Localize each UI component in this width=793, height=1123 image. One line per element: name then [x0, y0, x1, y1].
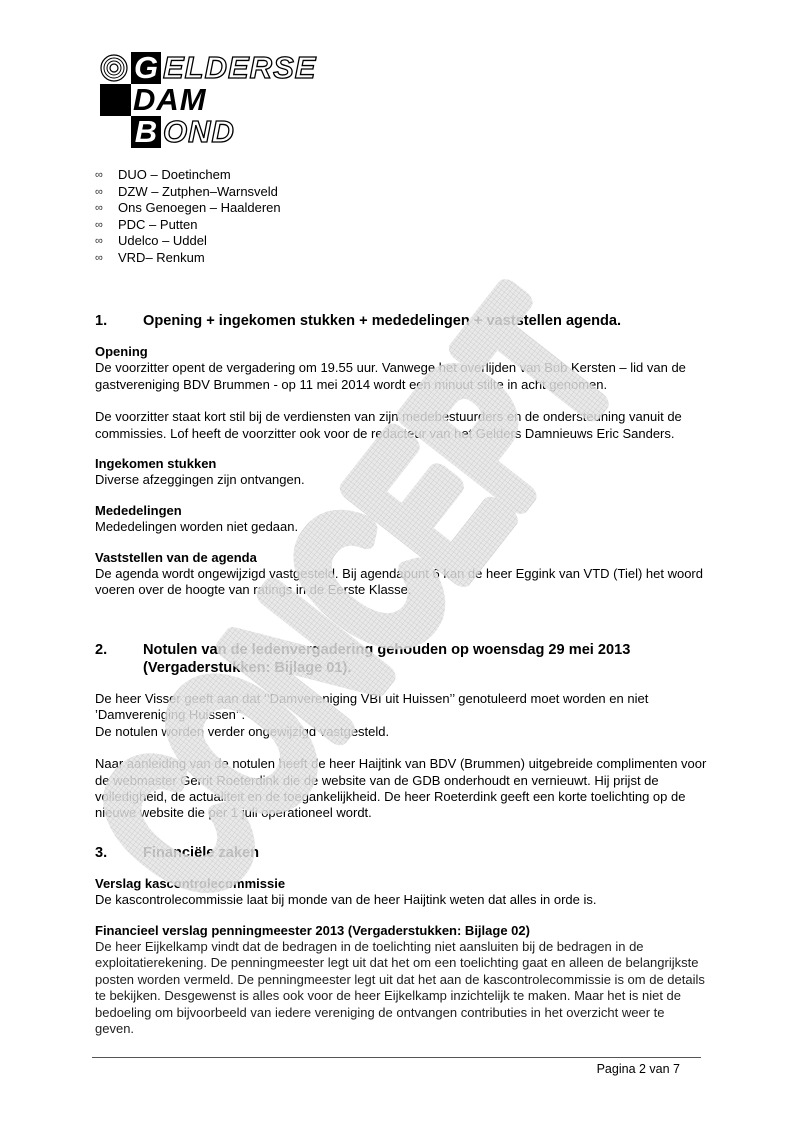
- subheading-mededelingen: Mededelingen: [95, 503, 707, 519]
- paragraph: De notulen worden verder ongewijzigd vas…: [95, 724, 707, 740]
- subheading-ingekomen-stukken: Ingekomen stukken: [95, 456, 707, 472]
- footer-divider: [92, 1057, 701, 1058]
- section-3-heading: 3. Financiële zaken: [95, 844, 707, 862]
- logo-word-ond: OND: [163, 116, 235, 148]
- paragraph: De heer Eijkelkamp vindt dat de bedragen…: [95, 939, 707, 1037]
- paragraph: Diverse afzeggingen zijn ontvangen.: [95, 472, 707, 488]
- infinity-bullet-icon: ∞: [95, 233, 103, 250]
- infinity-bullet-icon: ∞: [95, 250, 103, 267]
- subheading-opening: Opening: [95, 344, 707, 360]
- document-page: G ELDERSE DAM B OND ∞DUO – Doetinchem ∞D…: [0, 0, 793, 1123]
- list-item: ∞Udelco – Uddel: [95, 233, 281, 250]
- infinity-bullet-icon: ∞: [95, 167, 103, 184]
- logo-black-square: [100, 84, 131, 116]
- list-item: ∞DZW – Zutphen–Warnsveld: [95, 184, 281, 201]
- subheading-financieel-verslag: Financieel verslag penningmeester 2013 (…: [95, 923, 707, 939]
- infinity-bullet-icon: ∞: [95, 200, 103, 217]
- paragraph: De voorzitter staat kort stil bij de ver…: [95, 409, 707, 442]
- subheading-verslag-kascontrolecommissie: Verslag kascontrolecommissie: [95, 876, 707, 892]
- list-item: ∞VRD– Renkum: [95, 250, 281, 267]
- logo-letter-b: B: [131, 116, 161, 148]
- infinity-bullet-icon: ∞: [95, 217, 103, 234]
- target-circles-icon: [100, 54, 128, 82]
- paragraph: De agenda wordt ongewijzigd vastgesteld.…: [95, 566, 707, 599]
- logo-letter-g: G: [131, 52, 161, 84]
- subheading-vaststellen-agenda: Vaststellen van de agenda: [95, 550, 707, 566]
- section-1-heading: 1. Opening + ingekomen stukken + mededel…: [95, 312, 707, 330]
- paragraph: De heer Visser geeft aan dat ‘’Damvereni…: [95, 691, 707, 724]
- section-2-heading: 2. Notulen van de ledenvergadering gehou…: [95, 641, 707, 677]
- paragraph: De voorzitter opent de vergadering om 19…: [95, 360, 707, 393]
- paragraph: Naar aanleiding van de notulen heeft de …: [95, 756, 707, 822]
- infinity-bullet-icon: ∞: [95, 184, 103, 201]
- minutes-body: 1. Opening + ingekomen stukken + mededel…: [95, 312, 707, 1037]
- list-item: ∞Ons Genoegen – Haalderen: [95, 200, 281, 217]
- paragraph: De kascontrolecommissie laat bij monde v…: [95, 892, 707, 908]
- page-number: Pagina 2 van 7: [597, 1061, 680, 1077]
- logo-word-dam: DAM: [133, 84, 207, 116]
- club-list: ∞DUO – Doetinchem ∞DZW – Zutphen–Warnsve…: [95, 167, 281, 266]
- gelderse-dam-bond-logo: G ELDERSE DAM B OND: [100, 52, 340, 149]
- paragraph: Mededelingen worden niet gedaan.: [95, 519, 707, 535]
- logo-word-elderse: ELDERSE: [163, 52, 316, 84]
- list-item: ∞PDC – Putten: [95, 217, 281, 234]
- list-item: ∞DUO – Doetinchem: [95, 167, 281, 184]
